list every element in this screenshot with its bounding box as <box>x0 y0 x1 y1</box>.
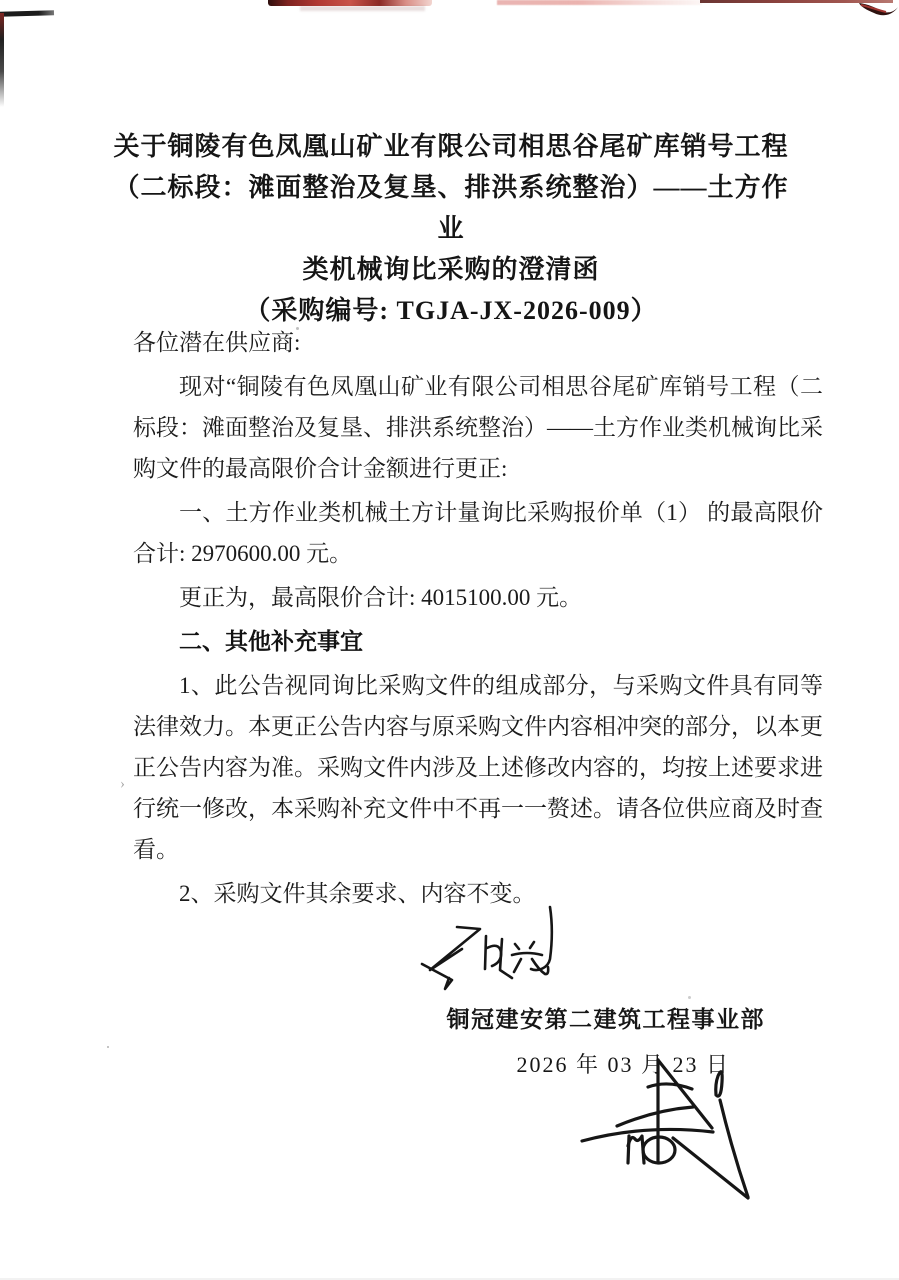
scan-speck: › <box>120 776 125 793</box>
issuing-org-name: 铜冠建安第二建筑工程事业部 <box>447 1001 766 1034</box>
document-page: › 关于铜陵有色凤凰山矿业有限公司相思谷尾矿库销号工程 （二标段：滩面整治及复垦… <box>0 0 899 1280</box>
handwritten-signature <box>402 892 577 1010</box>
scan-red-mark-top-left-strip <box>268 0 432 6</box>
scan-red-line-top-right <box>700 0 893 3</box>
scan-smudge <box>300 6 425 11</box>
title-line-2: （二标段：滩面整治及复垦、排洪系统整治）——土方作业 <box>106 167 796 249</box>
handwritten-scribble <box>565 1050 805 1210</box>
paragraph-corrected-price: 更正为，最高限价合计: 4015100.00 元。 <box>133 577 823 618</box>
scan-corner-dash <box>0 10 54 16</box>
scan-corner-swoosh-icon <box>858 1 899 19</box>
document-body: 各位潜在供应商: 现对“铜陵有色凤凰山矿业有限公司相思谷尾矿库销号工程（二标段：… <box>133 322 823 917</box>
paragraph-legal-effect: 1、此公告视同询比采购文件的组成部分，与采购文件具有同等法律效力。本更正公告内容… <box>133 665 823 870</box>
scan-dot <box>688 996 691 999</box>
salutation: 各位潜在供应商: <box>133 322 823 363</box>
scan-red-mark-top-mid-strip <box>497 0 702 5</box>
section-heading-other-matters: 二、其他补充事宜 <box>133 621 823 662</box>
paragraph-original-price: 一、土方作业类机械土方计量询比采购报价单（1） 的最高限价合计: 2970600… <box>133 492 823 574</box>
title-line-1: 关于铜陵有色凤凰山矿业有限公司相思谷尾矿库销号工程 <box>106 126 796 167</box>
title-line-3: 类机械询比采购的澄清函 <box>106 249 796 290</box>
scan-left-edge-line <box>0 13 4 107</box>
paragraph-correction-intro: 现对“铜陵有色凤凰山矿业有限公司相思谷尾矿库销号工程（二标段：滩面整治及复垦、排… <box>133 366 823 489</box>
scan-dot <box>107 1046 109 1048</box>
document-title: 关于铜陵有色凤凰山矿业有限公司相思谷尾矿库销号工程 （二标段：滩面整治及复垦、排… <box>106 126 796 331</box>
